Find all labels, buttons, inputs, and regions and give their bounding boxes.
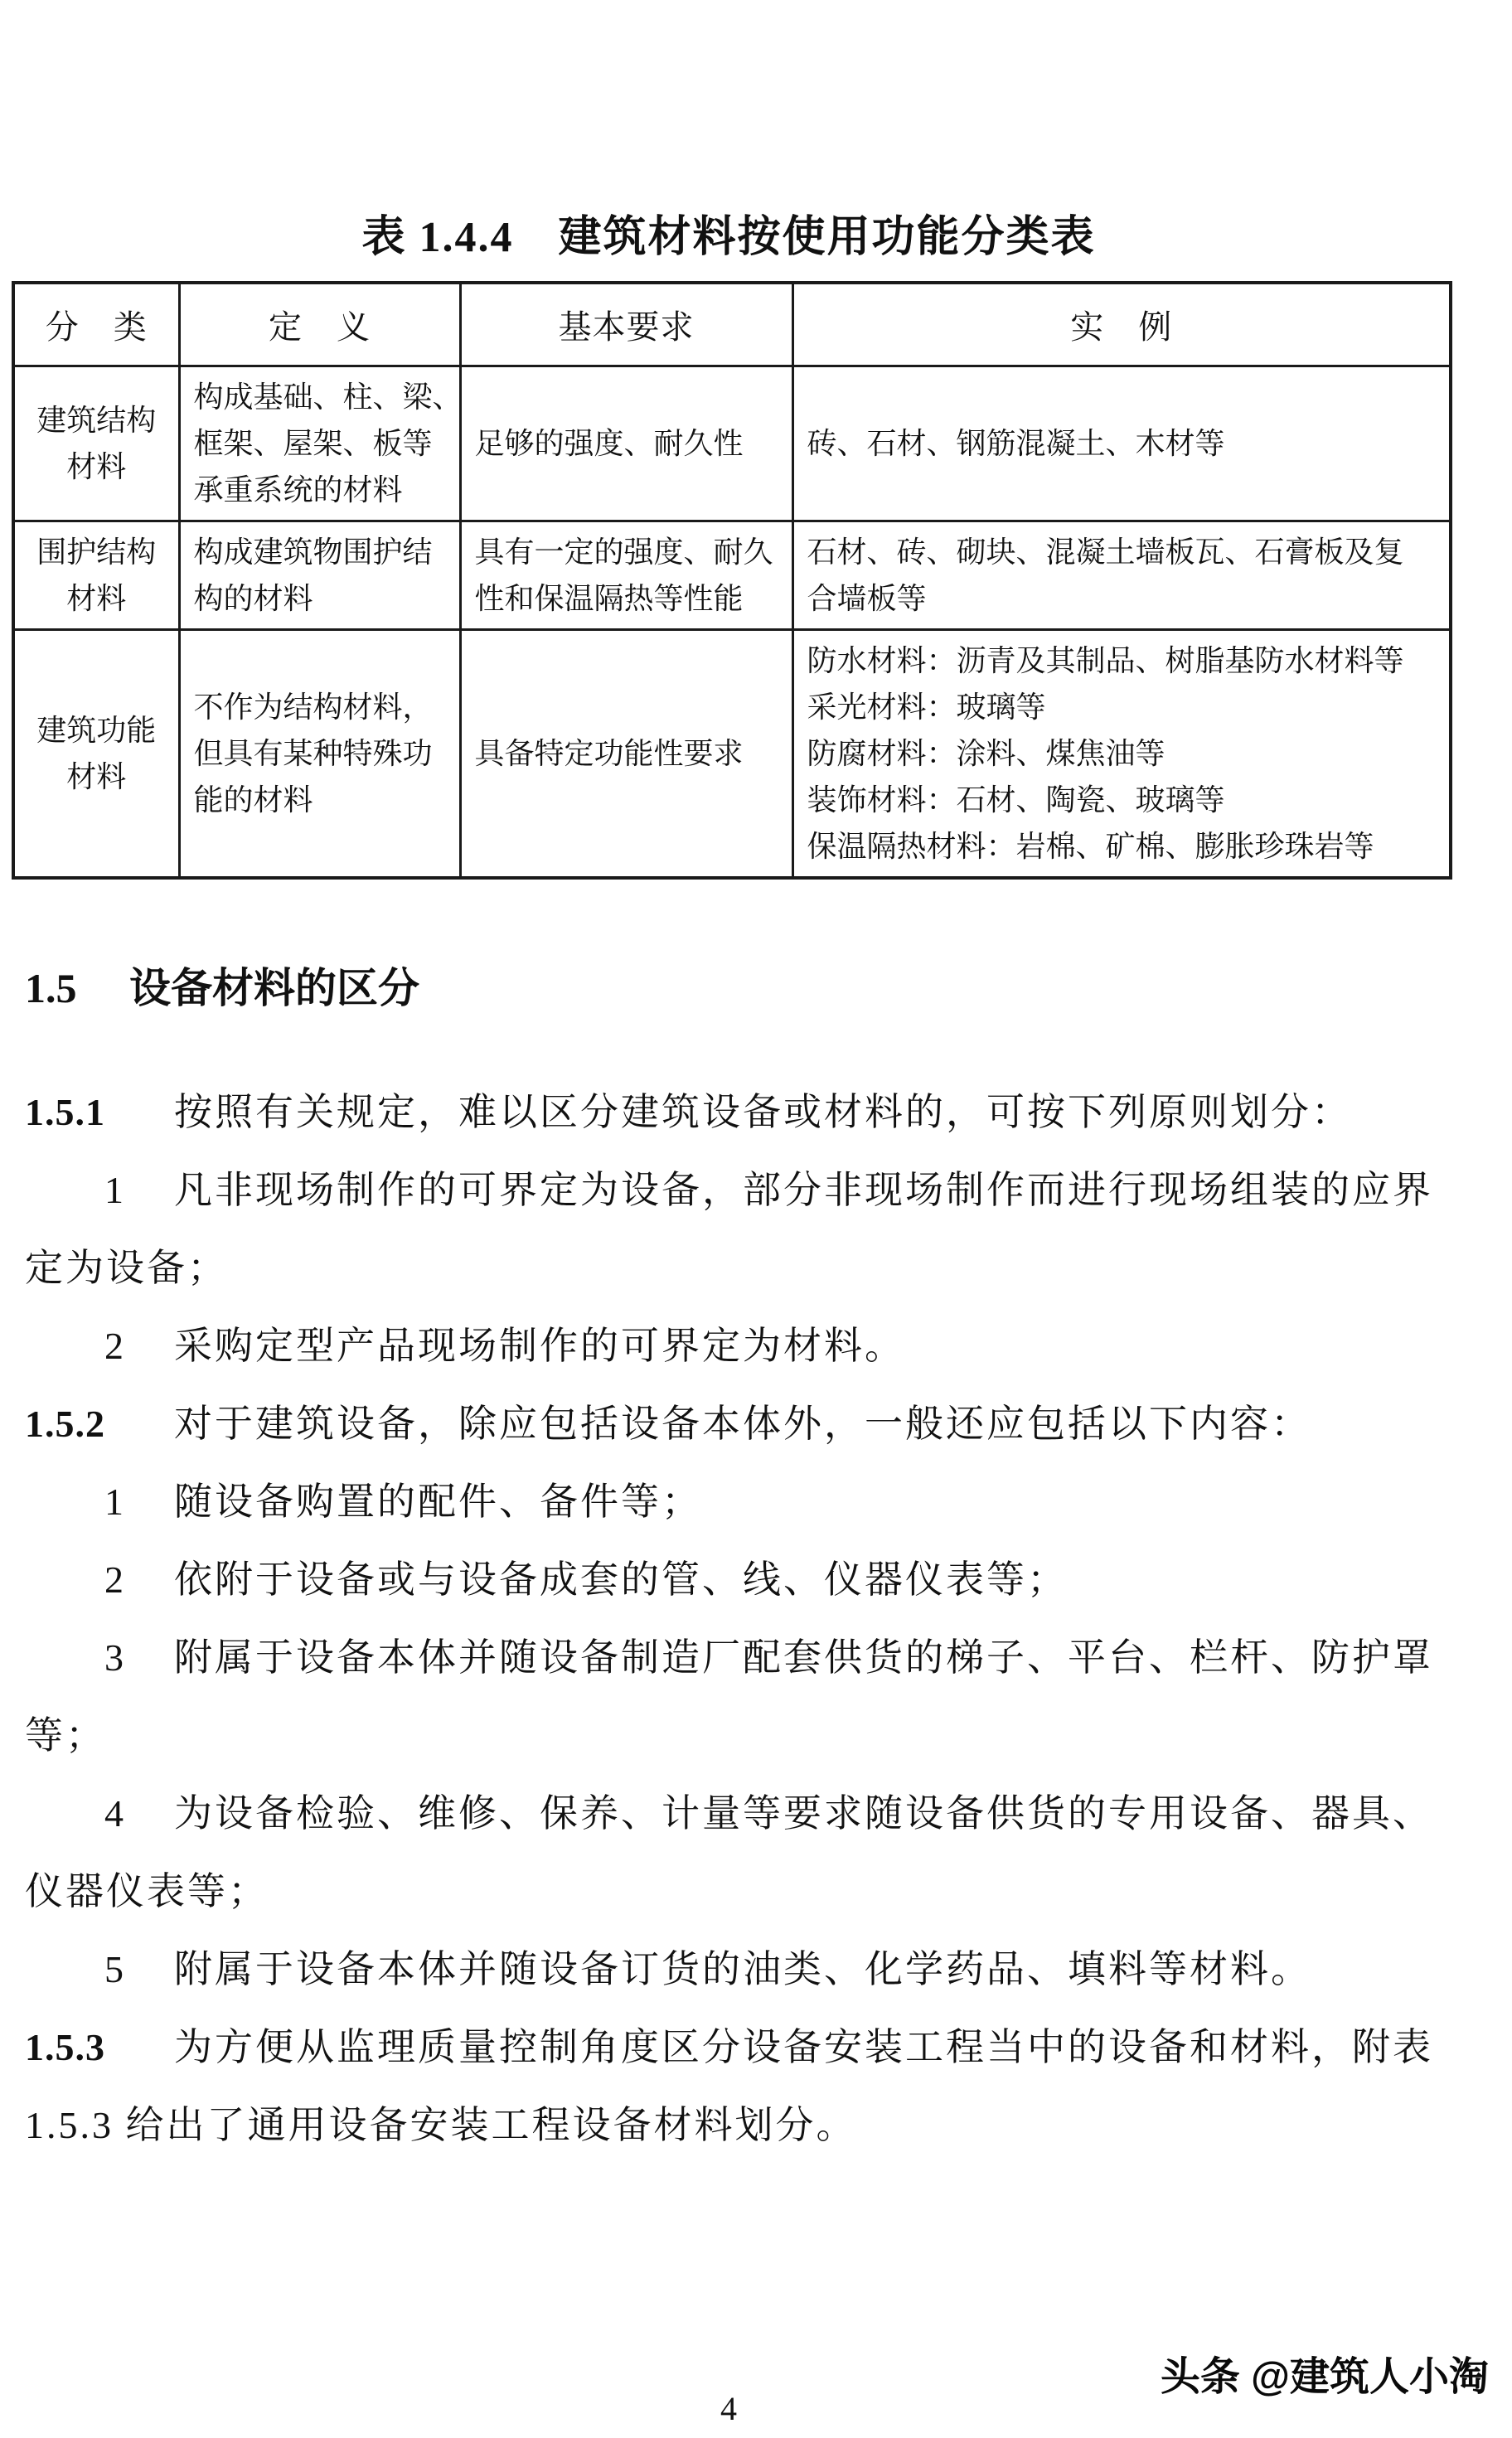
item-number: 2 (104, 1541, 174, 1619)
clause-number: 1.5.2 (25, 1385, 174, 1463)
table-cell-line: 材料 (28, 754, 165, 800)
paragraph-line: 1随设备购置的配件、备件等； (25, 1463, 1492, 1541)
table-header-cell: 实 例 (792, 283, 1451, 366)
paragraph-line: 1.5.1按照有关规定，难以区分建筑设备或材料的，可按下列原则划分： (25, 1074, 1492, 1151)
item-number: 4 (104, 1775, 174, 1853)
cell-requirement: 具备特定功能性要求 (460, 629, 792, 878)
cell-examples: 防水材料：沥青及其制品、树脂基防水材料等采光材料：玻璃等防腐材料：涂料、煤焦油等… (792, 629, 1451, 878)
table-cell-line: 采光材料：玻璃等 (807, 684, 1437, 730)
table-cell-line: 保温隔热材料：岩棉、矿棉、膨胀珍珠岩等 (807, 823, 1437, 870)
table-cell-line: 防水材料：沥青及其制品、树脂基防水材料等 (807, 637, 1437, 684)
cell-category: 围护结构材料 (13, 521, 179, 629)
table-cell-line: 建筑功能 (28, 707, 165, 754)
table-row: 围护结构材料构成建筑物围护结构的材料具有一定的强度、耐久性和保温隔热等性能石材、… (13, 521, 1451, 629)
table-cell-line: 合墙板等 (807, 575, 1437, 622)
table-cell-line: 但具有某种特殊功 (194, 730, 446, 777)
cell-definition: 构成基础、柱、梁、框架、屋架、板等承重系统的材料 (179, 366, 460, 521)
paragraph-line: 2采购定型产品现场制作的可界定为材料。 (25, 1307, 1492, 1385)
line-text: 为方便从监理质量控制角度区分设备安装工程当中的设备和材料，附表 (174, 2026, 1433, 2068)
table-header-cell: 定 义 (179, 283, 460, 366)
line-text: 凡非现场制作的可界定为设备，部分非现场制作而进行现场组装的应界 (174, 1169, 1433, 1211)
line-text: 仪器仪表等； (25, 1870, 269, 1912)
line-text: 附属于设备本体并随设备订货的油类、化学药品、填料等材料。 (174, 1948, 1311, 1990)
cell-requirement: 具有一定的强度、耐久性和保温隔热等性能 (460, 521, 792, 629)
materials-table: 分 类定 义基本要求实 例建筑结构材料构成基础、柱、梁、框架、屋架、板等承重系统… (12, 281, 1452, 880)
item-number: 1 (104, 1151, 174, 1229)
materials-table-wrapper: 分 类定 义基本要求实 例建筑结构材料构成基础、柱、梁、框架、屋架、板等承重系统… (12, 281, 1449, 880)
paragraph-line: 定为设备； (25, 1229, 1492, 1307)
paragraph-line: 1.5.2对于建筑设备，除应包括设备本体外，一般还应包括以下内容： (25, 1385, 1492, 1463)
materials-table-body: 分 类定 义基本要求实 例建筑结构材料构成基础、柱、梁、框架、屋架、板等承重系统… (13, 283, 1451, 878)
cell-examples: 砖、石材、钢筋混凝土、木材等 (792, 366, 1451, 521)
paragraph-line: 仪器仪表等； (25, 1853, 1492, 1931)
cell-definition: 不作为结构材料，但具有某种特殊功能的材料 (179, 629, 460, 878)
table-cell-line: 构的材料 (194, 575, 446, 622)
table-row: 建筑结构材料构成基础、柱、梁、框架、屋架、板等承重系统的材料足够的强度、耐久性砖… (13, 366, 1451, 521)
line-text: 依附于设备或与设备成套的管、线、仪器仪表等； (174, 1558, 1068, 1601)
item-number: 3 (104, 1619, 174, 1697)
table-cell-line: 构成基础、柱、梁、 (194, 374, 446, 420)
section-paragraphs: 1.5.1按照有关规定，难以区分建筑设备或材料的，可按下列原则划分：1凡非现场制… (25, 1074, 1492, 2164)
cell-category: 建筑结构材料 (13, 366, 179, 521)
paragraph-line: 3附属于设备本体并随设备制造厂配套供货的梯子、平台、栏杆、防护罩 (25, 1619, 1492, 1697)
table-title: 表 1.4.4 建筑材料按使用功能分类表 (0, 201, 1457, 264)
clause-number: 1.5.1 (25, 1074, 174, 1151)
table-cell-line: 防腐材料：涂料、煤焦油等 (807, 730, 1437, 777)
table-cell-line: 承重系统的材料 (194, 467, 446, 513)
table-cell-line: 具备特定功能性要求 (475, 730, 778, 777)
watermark: 头条 @建筑人小淘 (1161, 2344, 1489, 2402)
table-row: 建筑功能材料不作为结构材料，但具有某种特殊功能的材料具备特定功能性要求防水材料：… (13, 629, 1451, 878)
table-cell-line: 材料 (28, 443, 165, 490)
cell-requirement: 足够的强度、耐久性 (460, 366, 792, 521)
paragraph-line: 5附属于设备本体并随设备订货的油类、化学药品、填料等材料。 (25, 1931, 1492, 2009)
table-cell-line: 石材、砖、砌块、混凝土墙板瓦、石膏板及复 (807, 529, 1437, 575)
document-page: 表 1.4.4 建筑材料按使用功能分类表 分 类定 义基本要求实 例建筑结构材料… (0, 0, 1512, 2438)
line-text: 对于建筑设备，除应包括设备本体外，一般还应包括以下内容： (174, 1403, 1311, 1445)
line-text: 随设备购置的配件、备件等； (174, 1481, 702, 1523)
cell-category: 建筑功能材料 (13, 629, 179, 878)
line-text: 附属于设备本体并随设备制造厂配套供货的梯子、平台、栏杆、防护罩 (174, 1636, 1433, 1679)
table-cell-line: 能的材料 (194, 777, 446, 823)
section-heading-number: 1.5 (25, 964, 129, 1012)
paragraph-line: 4为设备检验、维修、保养、计量等要求随设备供货的专用设备、器具、 (25, 1775, 1492, 1853)
section-heading-title: 设备材料的区分 (129, 965, 419, 1011)
line-text: 1.5.3 给出了通用设备安装工程设备材料划分。 (25, 2104, 857, 2146)
item-number: 5 (104, 1931, 174, 2009)
paragraph-line: 2依附于设备或与设备成套的管、线、仪器仪表等； (25, 1541, 1492, 1619)
table-cell-line: 足够的强度、耐久性 (475, 420, 778, 467)
clause-number: 1.5.3 (25, 2009, 174, 2087)
table-header-cell: 基本要求 (460, 283, 792, 366)
line-text: 定为设备； (25, 1247, 228, 1289)
section-heading: 1.5设备材料的区分 (25, 955, 419, 1015)
table-cell-line: 不作为结构材料， (194, 684, 446, 730)
table-cell-line: 围护结构 (28, 529, 165, 575)
table-header-cell: 分 类 (13, 283, 179, 366)
table-cell-line: 材料 (28, 575, 165, 622)
paragraph-line: 等； (25, 1697, 1492, 1775)
item-number: 1 (104, 1463, 174, 1541)
paragraph-line: 1凡非现场制作的可界定为设备，部分非现场制作而进行现场组装的应界 (25, 1151, 1492, 1229)
line-text: 采购定型产品现场制作的可界定为材料。 (174, 1325, 905, 1367)
cell-examples: 石材、砖、砌块、混凝土墙板瓦、石膏板及复合墙板等 (792, 521, 1451, 629)
table-cell-line: 构成建筑物围护结 (194, 529, 446, 575)
line-text: 按照有关规定，难以区分建筑设备或材料的，可按下列原则划分： (174, 1091, 1352, 1133)
line-text: 等； (25, 1714, 106, 1757)
table-cell-line: 具有一定的强度、耐久 (475, 529, 778, 575)
paragraph-line: 1.5.3为方便从监理质量控制角度区分设备安装工程当中的设备和材料，附表 (25, 2009, 1492, 2087)
table-cell-line: 砖、石材、钢筋混凝土、木材等 (807, 420, 1437, 467)
table-cell-line: 性和保温隔热等性能 (475, 575, 778, 622)
paragraph-line: 1.5.3 给出了通用设备安装工程设备材料划分。 (25, 2087, 1492, 2164)
cell-definition: 构成建筑物围护结构的材料 (179, 521, 460, 629)
table-header-row: 分 类定 义基本要求实 例 (13, 283, 1451, 366)
table-cell-line: 建筑结构 (28, 397, 165, 443)
item-number: 2 (104, 1307, 174, 1385)
table-cell-line: 装饰材料：石材、陶瓷、玻璃等 (807, 777, 1437, 823)
line-text: 为设备检验、维修、保养、计量等要求随设备供货的专用设备、器具、 (174, 1792, 1433, 1835)
table-cell-line: 框架、屋架、板等 (194, 420, 446, 467)
